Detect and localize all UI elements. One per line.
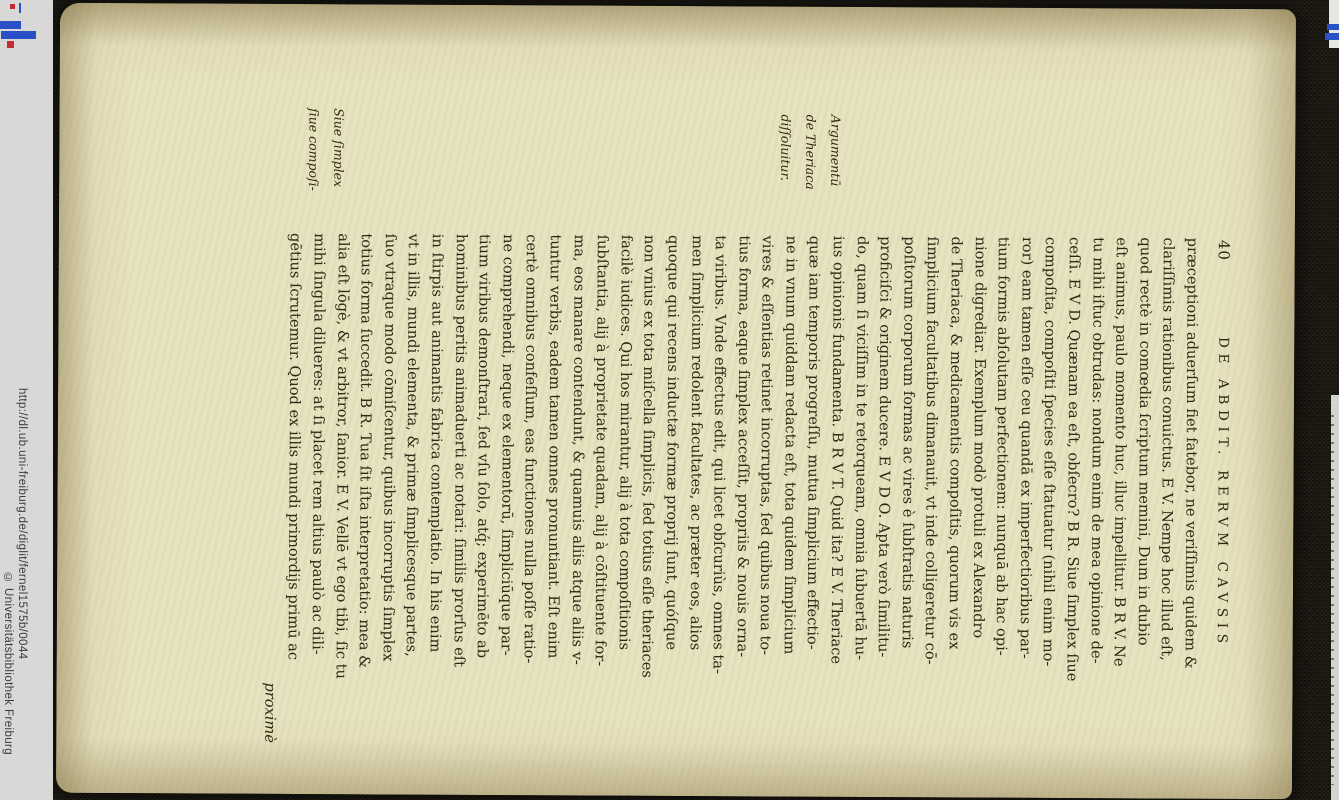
scan-viewport: 40 DE ABDIT. RERVM CAVSIS Argumentūde Th…: [0, 0, 1339, 800]
body-text-line: tium viribus demonſtrari, ſed vſu ſolo, …: [470, 234, 496, 744]
body-text-line: ma, eos manare contendunt, & quamuis ali…: [564, 234, 590, 744]
body-text-line: tuntur verbis, eadem tamen omnes pronunt…: [541, 234, 567, 744]
body-text-line: ſimplicium facultatibus dimanauit, vt in…: [918, 236, 944, 746]
body-text-line: non vnius ex tota miſcella ſimplicis, ſe…: [635, 235, 661, 745]
body-text-line: vt in illis, mundi elementa, & primæ ſim…: [399, 234, 425, 744]
body-text-line: ne comprehendi, neque ex elementorū, ſim…: [493, 234, 519, 744]
body-text-line: facilè iudices. Qui hos mirantur, alij à…: [611, 235, 637, 745]
margin-note-simplex: Siue ſimplexſiue compoſi-: [301, 108, 352, 226]
margin-note-theriaca: Argumentūde Theriacadiſſoluitur.: [773, 115, 849, 227]
body-text-line: alia eſt lōgè, & vt arbitror, ſanior. E …: [328, 233, 354, 743]
scanned-page-area: 40 DE ABDIT. RERVM CAVSIS Argumentūde Th…: [58, 6, 1294, 796]
body-text-line: præceptioni aduerſum fiet fatebor, ne ve…: [1178, 238, 1204, 748]
body-text-line: do, quam ſi viciſſim in te retorqueam, o…: [847, 236, 873, 746]
body-text-line: quod rectè in comœdia ſcriptum memini, D…: [1130, 237, 1156, 747]
body-text-line: de Theriaca, & medicamentis compoſitis, …: [942, 236, 968, 746]
body-text-line: ne in vnum quiddam redacta eſt, tota qui…: [777, 236, 803, 746]
body-text-line: ror) eam tamen eſſe ceu quandā ex imperf…: [1012, 237, 1038, 747]
body-text-line: quoque qui recens inductæ formæ proprij …: [659, 235, 685, 745]
scanner-right-corner-patch: [1329, 0, 1339, 48]
margin-note-line: ſiue compoſi-: [301, 108, 327, 226]
margin-note-line: Argumentū: [823, 115, 849, 227]
body-text-line: ta viribus. Vnde effectus edit, qui lice…: [706, 235, 732, 745]
running-title: DE ABDIT. RERVM CAVSIS: [1213, 238, 1232, 748]
body-text-line: eſt animus, paulo momento huc, illuc imp…: [1107, 237, 1133, 747]
body-text-line: ius opinionis fundamenta. B R V T. Quid …: [824, 236, 850, 746]
body-text-line: proficiſci & originem ducere. E V D O. A…: [871, 236, 897, 746]
body-text-line: in ſtirpis aut animantis fabrica contemp…: [423, 234, 449, 744]
body-text-line: tium formis abſolutam perfectionem: nunq…: [989, 237, 1015, 747]
body-text-line: tius forma, eaque ſimplex acceſſit, prop…: [729, 235, 755, 745]
body-text-line: gētius ſcrutemur. Quod ex illis mundi pr…: [281, 233, 307, 743]
body-text-line: compoſita, compoſiti ſpecies eſſe ſtatua…: [1036, 237, 1062, 747]
book-page: 40 DE ABDIT. RERVM CAVSIS Argumentūde Th…: [56, 3, 1296, 799]
body-text-line: totius forma ſuccedit. B R. Tua ſit iſta…: [352, 233, 378, 743]
copyright-text: © Universitätsbibliothek Freiburg: [2, 572, 14, 755]
body-text-line: ſubſtantia, alij à proprietate quadam, a…: [588, 235, 614, 745]
margin-note-line: Siue ſimplex: [326, 108, 352, 226]
margin-note-line: de Theriaca: [798, 115, 824, 227]
body-text-line: ſuo vtraque modo cōmiſcentur, quibus inc…: [375, 233, 401, 743]
margin-note-line: diſſoluitur.: [773, 115, 799, 227]
catchword: proximè: [261, 233, 281, 743]
scanner-right-strip: [1331, 395, 1339, 800]
scanner-left-strip: http://dl.ub.uni-freiburg.de/diglit/fern…: [0, 0, 53, 800]
body-text-line: poſitorum corporum formas ac vires è ſub…: [894, 236, 920, 746]
clipped-text-specks: [1331, 415, 1334, 785]
body-text-line: certè omnibus confeſſum, eas functiones …: [517, 234, 543, 744]
body-text-line: nione digrediar. Exemplum modò protuli e…: [965, 237, 991, 747]
body-text-block: præceptioni aduerſum fiet fatebor, ne ve…: [281, 233, 1204, 748]
body-text-line: ceſſi. E V D. Quænam ea eſt, obſecro? B …: [1060, 237, 1086, 747]
body-text-line: clariſſimis rationibus conuictus. E V. N…: [1154, 238, 1180, 748]
body-text-line: quæ iam temporis progreſſu, mutua ſimpli…: [800, 236, 826, 746]
scan-url-text: http://dl.ub.uni-freiburg.de/diglit/fern…: [16, 388, 28, 659]
body-text-line: tu mihi iſtuc obtrudas: nondum enim de m…: [1083, 237, 1109, 747]
body-text-line: hominibus peritis animaduerti ac notari:…: [446, 234, 472, 744]
body-text-line: mihi ſingula dilueres: at ſi placet rem …: [305, 233, 331, 743]
body-text-line: vires & eſſentias retinet incorruptas, ſ…: [753, 235, 779, 745]
body-text-line: men ſimplicium redolent facultates, ac p…: [682, 235, 708, 745]
